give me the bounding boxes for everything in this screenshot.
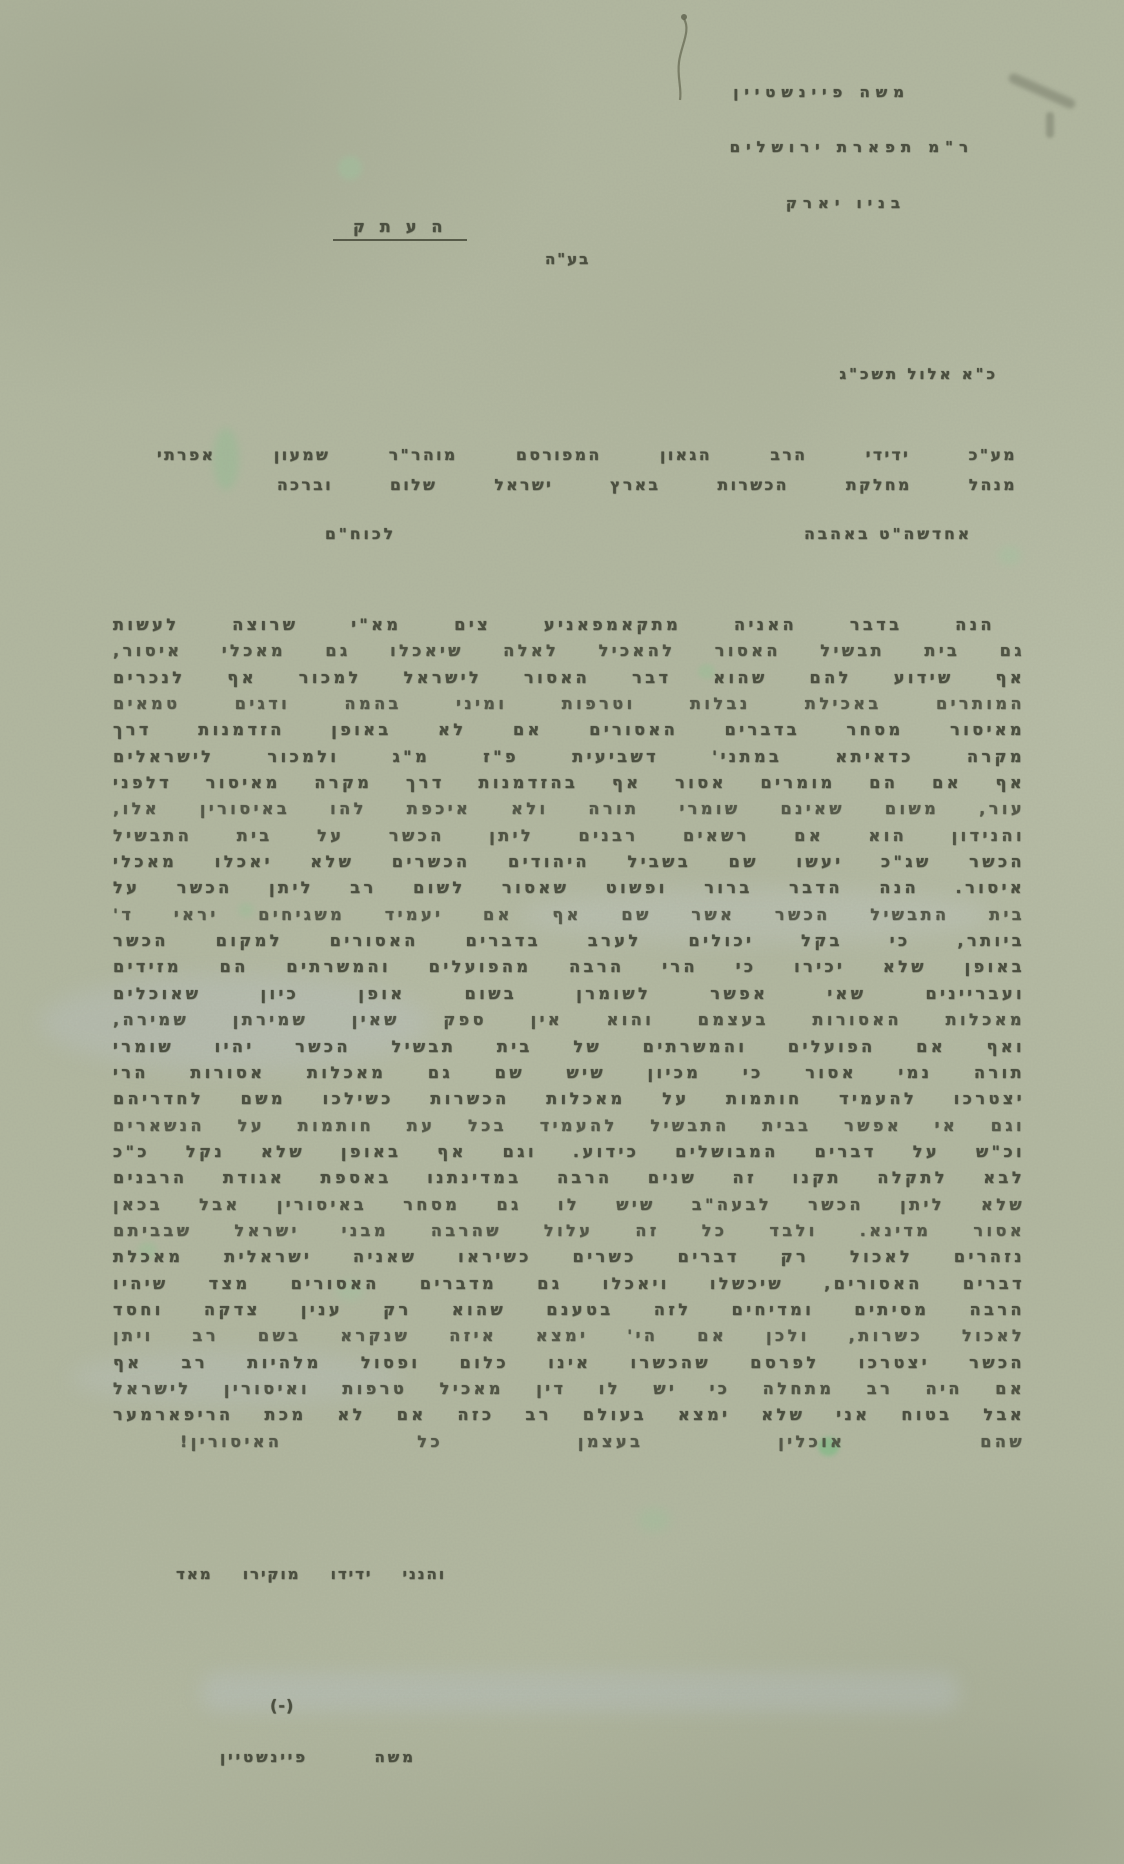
letter-body: הנה בדבר האניה מתקאמפאניע צים מא"י שרוצה… [113,612,1025,1455]
letterhead-city: בניו יארק [786,194,906,212]
copy-stamp: העתק [333,217,467,241]
body-line: וכ"ש על דברים המבושלים כידוע. וגם אף באו… [113,1139,1025,1165]
bsd-mark: בע"ה [545,250,590,268]
gray-smudge-band [200,1672,960,1712]
body-line: הכשר שג"כ יעשו שם בשביל היהודים הכשרים ש… [113,849,1025,875]
pen-mark [660,10,704,106]
greeting-right: אחדשה"ט באהבה [804,525,972,543]
body-line: הנה בדבר האניה מתקאמפאניע צים מא"י שרוצה… [113,612,1025,638]
body-line: וגם אי אפשר בבית התבשיל להעמיד בכל עת חו… [113,1113,1025,1139]
body-line: הרבה מסיתים ומדיחים לזה בטענם שהוא רק ענ… [113,1297,1025,1323]
signature-mark: (-) [270,1696,294,1715]
body-line: מאיסור מסחר בדברים האסורים אם לא באופן ה… [113,717,1025,743]
body-line: לאכול כשרות, ולכן אם הי' ימצא איזה שנקרא… [113,1323,1025,1349]
body-line: אבל בטוח אני שלא ימצא בעולם רב כזה אם לא… [113,1402,1025,1428]
dark-scan-streak [1046,112,1054,138]
body-line: אם היה רב מתחלה כי יש לו דין מאכיל טרפות… [113,1376,1025,1402]
scanned-letter-page: משה פיינשטיין ר"מ תפארת ירושלים בניו יאר… [0,0,1124,1864]
body-line: הכשר יצטרכו לפרסם שהכשרו אינו כלום ופסול… [113,1350,1025,1376]
body-line: דברים האסורים, שיכשלו ויאכלו גם מדברים ה… [113,1271,1025,1297]
body-line: אף אם הם מומרים אסור אף בהזדמנות דרך מקר… [113,770,1025,796]
dark-scan-streak [1007,72,1077,110]
body-line: אסור מדינא. ולבד כל זה עלול שהרבה מבני י… [113,1218,1025,1244]
body-line: ואף אם הפועלים והמשרתים של בית תבשיל הכש… [113,1034,1025,1060]
body-line: תורה נמי אסור כי מכיון שיש שם גם מאכלות … [113,1060,1025,1086]
body-line: מקרה כדאיתא במתני' דשביעית פ"ז מ"ג ולמכו… [113,744,1025,770]
body-line: באופן שלא יכירו כי הרי הרבה מהפועלים והמ… [113,954,1025,980]
body-line: מאכלות האסורות בעצמם והוא אין ספק שאין ש… [113,1007,1025,1033]
body-line: אף שידוע להם שהוא דבר האסור לישראל למכור… [113,665,1025,691]
body-line: שלא ליתן הכשר לבעה"ב שיש לו גם מסחר באיס… [113,1192,1025,1218]
body-line: שהם אוכלין בעצמן כל האיסורין! [180,1429,1025,1455]
green-ink-spot [638,1508,670,1532]
valediction: והנני ידידו מוקירו מאד [176,1565,446,1583]
body-line: והנידון הוא אם רשאים רבנים ליתן הכשר על … [113,823,1025,849]
letterhead-title: ר"מ תפארת ירושלים [730,138,974,156]
body-line: ביותר, כי בקל יכולים לערב בדברים האסורים… [113,928,1025,954]
letter-date: כ"א אלול תשכ"ג [839,365,998,383]
letterhead-name: משה פיינשטיין [733,83,910,101]
green-ink-spot [998,546,1021,565]
body-line: נזהרים לאכול רק דברים כשרים כשיראו שאניה… [113,1244,1025,1270]
green-ink-spot [338,156,362,180]
body-line: המותרים באכילת נבלות וטרפות ומיני בהמה ו… [113,691,1025,717]
signature-name: משה פיינשטיין [220,1748,416,1766]
body-line: לבא לתקלה תקנו זה שנים הרבה במדינתנו באס… [113,1165,1025,1191]
body-line: בית התבשיל הכשר אשר שם אף אם יעמיד משגיח… [113,902,1025,928]
body-line: עור, משום שאינם שומרי תורה ולא איכפת להו… [113,796,1025,822]
body-line: גם בית תבשיל האסור להאכיל לאלה שיאכלו גם… [113,638,1025,664]
addressee-line-1: מע"כ ידידי הרב הגאון המפורסם מוהר"ר שמעו… [157,446,1017,464]
body-line: ועבריינים שאי אפשר לשומרן בשום אופן כיון… [113,981,1025,1007]
greeting-left: לכוח"ם [325,525,396,543]
body-line: יצטרכו להעמיד חותמות על מאכלות הכשרות כש… [113,1086,1025,1112]
body-line: איסור. הנה הדבר ברור ופשוט שאסור לשום רב… [113,875,1025,901]
addressee-line-2: מנהל מחלקת הכשרות בארץ ישראל שלום וברכה [277,476,1017,494]
